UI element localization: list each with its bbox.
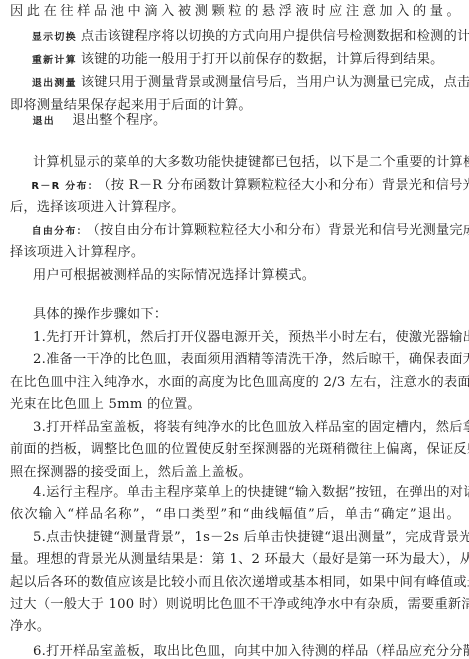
paragraph-line: 用户可根据被测样品的实际情况选择计算模式。 [33,268,460,284]
paragraph-line: 过大（一般大于 100 时）则说明比色皿不干净或纯净水中有杂质，需要重新清洗或更… [10,597,460,613]
paragraph-line: 即将测量结果保存起来用于后面的计算。 [10,98,460,114]
paragraph-line: 在比色皿中注入纯净水，水面的高度为比色皿高度的 2/3 左右，注意水的表面一定要… [10,375,460,391]
paragraph-line: 照在探测器的接受面上，然后盖上盖板。 [10,465,460,481]
term-label: 自由分布： [32,224,88,240]
mode-description-rr: R－R 分布：（按 R－R 分布函数计算颗粒粒径大小和分布）背景光和信号光测量完… [33,178,460,194]
term-label: R－R 分布： [31,179,99,195]
menu-description-display-toggle: 显示切换点击该键程序将以切换的方式向用户提供信号检测数据和检测的计算结果。 [33,29,460,45]
paragraph-line: 计算机显示的菜单的大多数功能快捷键都已包括，以下是二个重要的计算模式： [33,155,460,171]
paragraph-line: 光束在比色皿上 5mm 的位置。 [10,397,460,413]
menu-description-exit: 退出退出整个程序。 [33,113,460,129]
paragraph-line: 量。理想的背景光从测量结果是：第 1、2 环最大（最好是第一环为最大），从第 6… [10,552,460,568]
term-label: 重新计算 [32,53,77,69]
step-5: 5.点击快捷键“测量背景”，1s－2s 后单击快捷键“退出测量”，完成背景光的测 [33,530,460,546]
paragraph-line: 择该项进入计算程序。 [10,245,460,261]
term-label: 退出测量 [32,76,77,92]
document-page: 因此在往样品池中滴入被测颗粒的悬浮液时应注意加入的量。 显示切换点击该键程序将以… [0,0,469,659]
menu-description-exit-measure: 退出测量该键只用于测量背景或测量信号后，当用户认为测量已完成，点击该键程序 [33,75,460,91]
paragraph-line: 依次输入“样品名称”，“串口类型”和“曲线幅值”后，单击“确定”退出。 [10,507,460,523]
paragraph-line: 前面的挡板，调整比色皿的位置使反射至探测器的光斑稍微往上偏离，保证反射光斑没有 [10,442,460,458]
menu-description-recalculate: 重新计算该键的功能一般用于打开以前保存的数据，计算后得到结果。 [33,52,460,68]
paragraph-line: 后，选择该项进入计算程序。 [10,200,460,216]
term-label: 显示切换 [32,30,77,46]
step-4: 4.运行主程序。单击主程序菜单上的快捷键“输入数据”按钮，在弹出的对话框中， [33,485,460,501]
step-2: 2.准备一干净的比色皿，表面须用酒精等清洗干净，然后晾干，确保表面无异物。然后 [33,352,460,368]
steps-heading: 具体的操作步骤如下： [33,307,460,323]
paragraph-line: 起以后各环的数值应该是比较小而且依次递增或基本相同，如果中间有峰值或最后几环数值 [10,575,460,591]
paragraph-line: 因此在往样品池中滴入被测颗粒的悬浮液时应注意加入的量。 [10,4,460,20]
paragraph-line: 净水。 [10,619,460,635]
step-1: 1.先打开计算机，然后打开仪器电源开关，预热半小时左右，使激光器输出功率稳定。 [33,330,460,346]
term-label: 退出 [32,114,54,130]
mode-description-free: 自由分布：（按自由分布计算颗粒粒径大小和分布）背景光和信号光测量完成后，选 [33,223,460,239]
step-6: 6.打开样品室盖板，取出比色皿，向其中加入待测的样品（样品应充分分散，常用 [33,644,460,659]
step-3: 3.打开样品室盖板，将装有纯净水的比色皿放入样品室的固定槽内，然后拿开探测器 [33,420,460,436]
